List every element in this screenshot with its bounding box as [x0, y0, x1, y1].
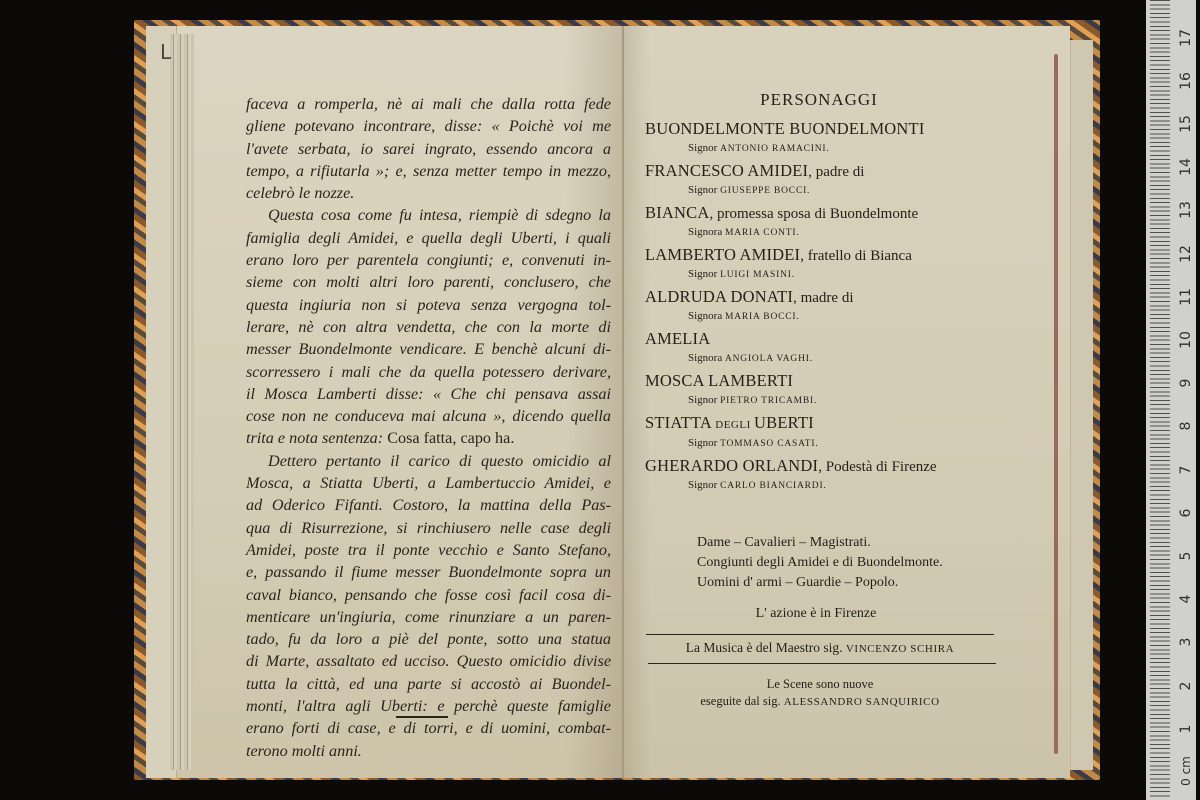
text-line: l'avete serbata, io sarei ingrato, essen…: [246, 138, 611, 160]
text-line: erano loro per parentela congiunti; e, c…: [246, 249, 611, 271]
actor-title: Signor: [688, 184, 720, 196]
ruler-number: 5: [1178, 546, 1194, 566]
ruler-number: 8: [1178, 416, 1194, 436]
character-description: , promessa sposa di Buondelmonte: [709, 206, 918, 222]
text-line: tado, fu da loro a piè del ponte, sotto …: [246, 628, 611, 650]
role-entry: FRANCESCO AMIDEI, padre di: [645, 161, 985, 182]
page-edges: [170, 34, 194, 770]
role-entry: BIANCA, promessa sposa di Buondelmonte: [645, 203, 985, 224]
actor-name: CARLO BIANCIARDI.: [720, 481, 827, 491]
ruler-number: 17: [1178, 28, 1194, 48]
binding-strip: [1054, 54, 1058, 754]
name-particle: DEGLI: [712, 419, 754, 431]
text-line: Dettero pertanto il carico di questo omi…: [246, 450, 611, 472]
text-line: questa ingiuria non si poteva senza verg…: [246, 294, 611, 316]
character-name: LAMBERTO AMIDEI: [645, 245, 800, 264]
scenes-line1: Le Scene sono nuove: [646, 676, 994, 693]
chorus-line: Dame – Cavalieri – Magistrati.: [697, 533, 943, 553]
chorus-line: Uomini d' armi – Guardie – Popolo.: [697, 573, 943, 593]
text-line: messer Buondelmonte vendicare. E benchè …: [246, 338, 611, 360]
actor-title: Signor: [688, 394, 720, 406]
actor-credit: Signor TOMMASO CASATI.: [645, 435, 985, 453]
composer-name: VINCENZO SCHIRA: [846, 643, 954, 655]
ruler-number: 11: [1178, 287, 1194, 307]
actor-title: Signor: [688, 268, 720, 280]
text-line: monti, l'altra agli Uberti: e perchè que…: [246, 695, 611, 717]
actor-name: LUIGI MASINI.: [720, 270, 795, 280]
actor-credit: Signor ANTONIO RAMACINI.: [645, 140, 985, 158]
text-line: faceva a romperla, nè ai mali che dalla …: [246, 93, 611, 115]
ruler-label: 0 cm: [1179, 753, 1193, 789]
pencil-annotation: L: [160, 40, 171, 64]
scenes-credit: Le Scene sono nuove eseguite dal sig. AL…: [646, 676, 994, 711]
actor-credit: Signor CARLO BIANCIARDI.: [645, 477, 985, 495]
actor-credit: Signor PIETRO TRICAMBI.: [645, 392, 985, 410]
text-line: caval bianco, pensando che fosse così fa…: [246, 584, 611, 606]
actor-credit: Signor GIUSEPPE BOCCI.: [645, 182, 985, 200]
character-description: , padre di: [808, 164, 864, 180]
role-entry: AMELIA: [645, 329, 985, 350]
actor-credit: Signor LUIGI MASINI.: [645, 266, 985, 284]
character-description: , Podestà di Firenze: [818, 459, 936, 475]
ruler-number: 12: [1178, 244, 1194, 264]
character-name: AMELIA: [645, 329, 710, 348]
music-text: La Musica è del Maestro sig.: [686, 640, 846, 655]
rule-top: [646, 634, 994, 635]
ruler-number: 3: [1178, 632, 1194, 652]
actor-credit: Signora ANGIOLA VAGHI.: [645, 350, 985, 368]
text-line: trita e nota sentenza: Cosa fatta, capo …: [246, 427, 611, 449]
ruler-ticks: [1150, 0, 1170, 800]
character-surname: UBERTI: [754, 413, 814, 432]
actor-name: MARIA CONTI.: [725, 228, 800, 238]
cast-list: PERSONAGGI BUONDELMONTE BUONDELMONTISign…: [645, 90, 985, 498]
character-name: GHERARDO ORLANDI: [645, 456, 818, 475]
actor-name: MARIA BOCCI.: [725, 312, 800, 322]
proverb: Cosa fatta, capo ha.: [387, 429, 514, 447]
character-description: , fratello di Bianca: [800, 248, 912, 264]
actor-name: PIETRO TRICAMBI.: [720, 396, 817, 406]
ruler-number: 7: [1178, 460, 1194, 480]
role-entry: ALDRUDA DONATI, madre di: [645, 287, 985, 308]
actor-credit: Signora MARIA CONTI.: [645, 224, 985, 242]
character-name: ALDRUDA DONATI: [645, 287, 793, 306]
text-line: tempo, a rifiutarla »; e, senza metter t…: [246, 160, 611, 182]
chorus-line: Congiunti degli Amidei e di Buondelmonte…: [697, 553, 943, 573]
text-line: celebrò le nozze.: [246, 182, 611, 204]
ruler-number: 14: [1178, 157, 1194, 177]
text-line: lerare, nè con altra vendetta, che con l…: [246, 316, 611, 338]
character-name: BUONDELMONTE BUONDELMONTI: [645, 119, 925, 138]
text-line: sieme con molti altri loro parenti, conc…: [246, 271, 611, 293]
text-line: Questa cosa come fu intesa, riempiè di s…: [246, 204, 611, 226]
actor-credit: Signora MARIA BOCCI.: [645, 308, 985, 326]
ruler-number: 13: [1178, 200, 1194, 220]
ruler-number: 9: [1178, 373, 1194, 393]
actor-title: Signora: [688, 310, 725, 322]
left-page-text: faceva a romperla, nè ai mali che dalla …: [246, 93, 611, 762]
actor-title: Signora: [688, 352, 725, 364]
text-line: qua di Risurrezione, si rinchiusero nell…: [246, 517, 611, 539]
role-entry: LAMBERTO AMIDEI, fratello di Bianca: [645, 245, 985, 266]
chorus-list: Dame – Cavalieri – Magistrati.Congiunti …: [697, 533, 943, 593]
music-credit: La Musica è del Maestro sig. VINCENZO SC…: [646, 640, 994, 656]
text-line: Amidei, poste tra il ponte vecchio e San…: [246, 539, 611, 561]
ruler-number: 10: [1178, 330, 1194, 350]
text-line: cose non ne conduceva mai alcuna », dice…: [246, 405, 611, 427]
character-name: FRANCESCO AMIDEI: [645, 161, 808, 180]
text-line: famiglia degli Amidei, e quella degli Ub…: [246, 227, 611, 249]
role-entry: GHERARDO ORLANDI, Podestà di Firenze: [645, 456, 985, 477]
text-line: menticare un'ingiuria, come rinunziare a…: [246, 606, 611, 628]
character-name: MOSCA LAMBERTI: [645, 371, 793, 390]
role-entry: STIATTA DEGLI UBERTI: [645, 413, 985, 435]
ruler-number: 1: [1178, 719, 1194, 739]
actor-title: Signor: [688, 142, 720, 154]
cast-title: PERSONAGGI: [645, 90, 985, 110]
text-line: erano forti di case, e di torri, e di uo…: [246, 717, 611, 739]
actor-title: Signora: [688, 226, 725, 238]
character-name: BIANCA: [645, 203, 709, 222]
text-line: scorressero i mali che da quella potesse…: [246, 361, 611, 383]
actor-name: TOMMASO CASATI.: [720, 439, 818, 449]
text-line: terono molti anni.: [246, 740, 611, 762]
ruler-number: 6: [1178, 503, 1194, 523]
actor-name: ANTONIO RAMACINI.: [720, 144, 829, 154]
scenes-line2: eseguite dal sig.: [700, 694, 783, 708]
character-name: STIATTA: [645, 413, 712, 432]
text-line: gliene potevano incontrare, disse: « Poi…: [246, 115, 611, 137]
role-entry: BUONDELMONTE BUONDELMONTI: [645, 119, 985, 140]
actor-title: Signor: [688, 479, 720, 491]
ruler-number: 15: [1178, 114, 1194, 134]
end-rule: [396, 716, 448, 718]
role-entry: MOSCA LAMBERTI: [645, 371, 985, 392]
text-line: Mosca, a Stiatta Uberti, a Lambertuccio …: [246, 472, 611, 494]
ruler-number: 4: [1178, 589, 1194, 609]
text-line: e, passando il fiume messer Buondelmonte…: [246, 561, 611, 583]
text-line: il Mosca Lamberti disse: « Che chi pensa…: [246, 383, 611, 405]
text-line: ad Oderico Fifanti. Costoro, la mattina …: [246, 494, 611, 516]
actor-name: ANGIOLA VAGHI.: [725, 354, 813, 364]
text-line: tutta la città, ed una parte si accostò …: [246, 673, 611, 695]
text-line: di Marte, assaltato ed ucciso. Questo om…: [246, 650, 611, 672]
designer-name: ALESSANDRO SANQUIRICO: [784, 696, 940, 708]
actor-title: Signor: [688, 437, 720, 449]
character-description: , madre di: [793, 290, 853, 306]
setting-line: L' azione è in Firenze: [646, 606, 986, 622]
right-endpaper: [1070, 40, 1093, 770]
roles-list: BUONDELMONTE BUONDELMONTISignor ANTONIO …: [645, 119, 985, 495]
actor-name: GIUSEPPE BOCCI.: [720, 186, 810, 196]
ruler-number: 2: [1178, 676, 1194, 696]
ruler-number: 16: [1178, 71, 1194, 91]
rule-bottom: [648, 663, 996, 664]
